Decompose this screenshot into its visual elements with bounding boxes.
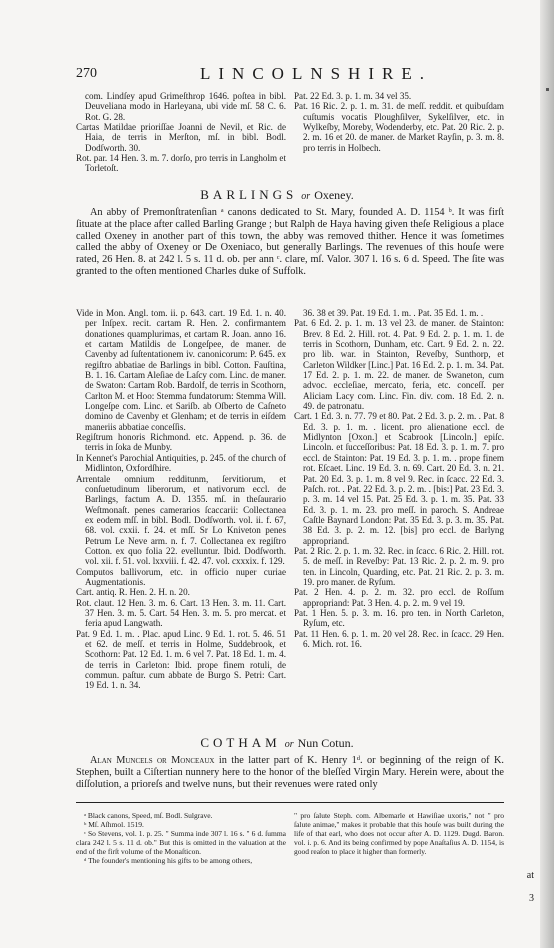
section-title-barlings: BARLINGS or Oxeney. bbox=[0, 186, 554, 204]
entry: Pat. 6 Ed. 2. p. 1. m. 13 vel 23. de man… bbox=[294, 318, 504, 411]
footnotes-left: ᵃ Black canons, Speed, mſ. Bodl. Sulgrav… bbox=[76, 811, 286, 865]
signature-mark: 3 bbox=[529, 893, 534, 904]
running-head: LINCOLNSHIRE. bbox=[200, 64, 432, 84]
barlings-right-column: 36. 38 et 39. Pat. 19 Ed. 1. m. . Pat. 3… bbox=[294, 308, 504, 649]
entry: Regiſtrum honoris Richmond. etc. Append.… bbox=[76, 432, 286, 453]
catchword: at bbox=[527, 870, 534, 881]
entry: com. Lindſey apud Grimeſthrop 1646. poſt… bbox=[76, 91, 286, 122]
cotham-paragraph: Alan Muncels or Monceaux in the latter p… bbox=[76, 755, 504, 790]
footnote: ᵇ Mſ. Aſhmol. 1519. bbox=[76, 820, 286, 829]
entry: Rot. claut. 12 Hen. 3. m. 6. Cart. 13 He… bbox=[76, 598, 286, 629]
barlings-paragraph: An abby of Premonſtratenſian ᵃ canons de… bbox=[76, 207, 504, 278]
entry: Arrentale omnium redditunm, ſervitiorum,… bbox=[76, 474, 286, 567]
book-page: 270 LINCOLNSHIRE. com. Lindſey apud Grim… bbox=[0, 0, 554, 948]
entry: Pat. 2 Hen. 4. p. 2. m. 32. pro eccl. de… bbox=[294, 587, 504, 608]
entry: Pat. 11 Hen. 6. p. 1. m. 20 vel 28. Rec.… bbox=[294, 629, 504, 650]
gutter-mark bbox=[546, 88, 549, 91]
footnote: ᵈ The founder's mentioning his gifts to … bbox=[76, 856, 286, 865]
top-right-column: Pat. 22 Ed. 3. p. 1. m. 34 vel 35. Pat. … bbox=[294, 91, 504, 153]
barlings-left-column: Vide in Mon. Angl. tom. ii. p. 643. cart… bbox=[76, 308, 286, 691]
footnote: ᵃ Black canons, Speed, mſ. Bodl. Sulgrav… bbox=[76, 811, 286, 820]
page-gutter-shadow bbox=[540, 0, 554, 948]
footnotes-right: " pro ſalute Steph. com. Albemarle et Ha… bbox=[294, 811, 504, 856]
entry: Pat. 1 Hen. 5. p. 3. m. 16. pro ten. in … bbox=[294, 608, 504, 629]
page-number: 270 bbox=[76, 66, 97, 82]
entry: Rot. par. 14 Hen. 3. m. 7. dorſo, pro te… bbox=[76, 153, 286, 174]
entry: Pat. 9 Ed. 1. m. . Plac. apud Linc. 9 Ed… bbox=[76, 629, 286, 691]
entry: Pat. 22 Ed. 3. p. 1. m. 34 vel 35. bbox=[294, 91, 504, 101]
footnote-rule bbox=[76, 802, 504, 803]
entry: In Kennet's Parochial Antiquities, p. 24… bbox=[76, 453, 286, 474]
entry: Pat. 2 Ric. 2. p. 1. m. 32. Rec. in ſcac… bbox=[294, 546, 504, 587]
page-header: 270 LINCOLNSHIRE. bbox=[76, 66, 504, 88]
entry: Computos ballivorum, etc. in officio nup… bbox=[76, 567, 286, 588]
entry: Cart. antiq. R. Hen. 2. H. n. 20. bbox=[76, 587, 286, 597]
entry: Pat. 16 Ric. 2. p. 1. m. 31. de meſſ. re… bbox=[294, 101, 504, 153]
entry: Cartas Matildae prioriſſae Joanni de Nev… bbox=[76, 122, 286, 153]
top-left-column: com. Lindſey apud Grimeſthrop 1646. poſt… bbox=[76, 91, 286, 174]
entry: 36. 38 et 39. Pat. 19 Ed. 1. m. . Pat. 3… bbox=[294, 308, 504, 318]
entry: Cart. 1 Ed. 3. n. 77. 79 et 80. Pat. 2 E… bbox=[294, 411, 504, 545]
footnote: ᶜ So Stevens, vol. 1. p. 25. " Summa ind… bbox=[76, 829, 286, 856]
footnote: " pro ſalute Steph. com. Albemarle et Ha… bbox=[294, 811, 504, 856]
section-title-cotham: COTHAM or Nun Cotun. bbox=[0, 734, 554, 752]
entry: Vide in Mon. Angl. tom. ii. p. 643. cart… bbox=[76, 308, 286, 432]
